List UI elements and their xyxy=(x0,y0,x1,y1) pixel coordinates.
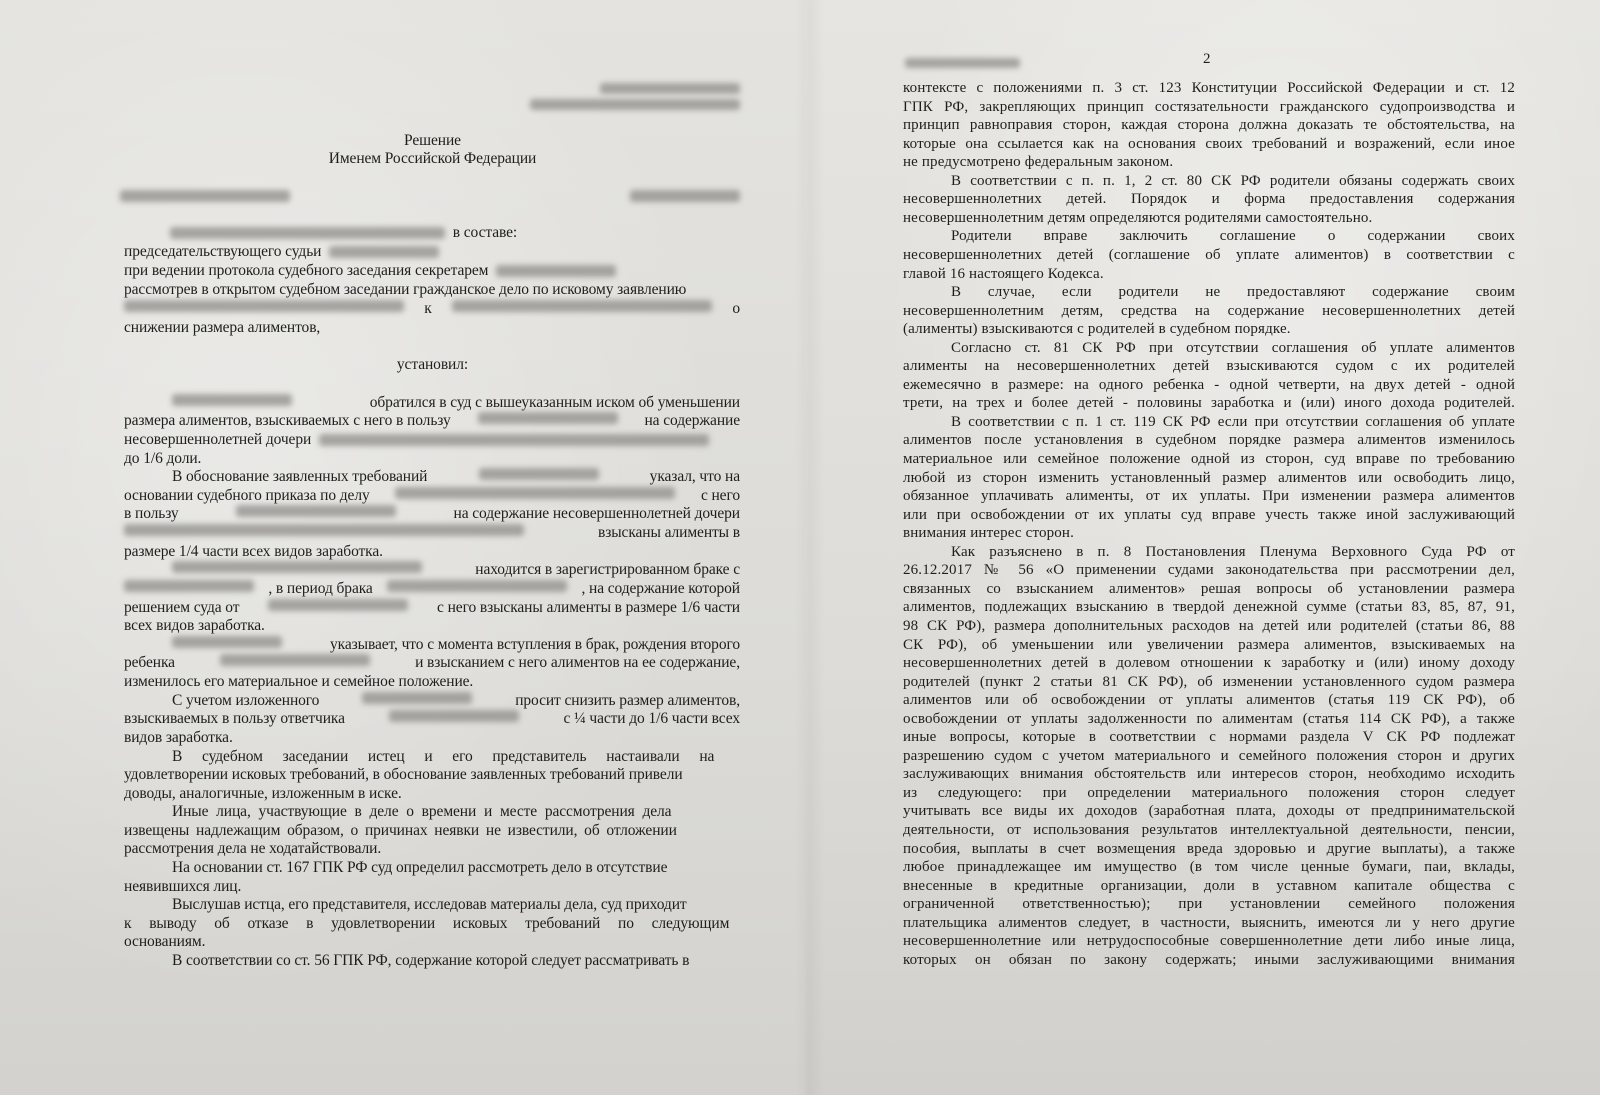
paragraph-line: внесенные в кредитные организации, доли … xyxy=(903,877,1515,895)
redacted-city xyxy=(630,190,740,202)
redacted-date xyxy=(268,599,408,611)
paragraph-line: рассмотрения дела не ходатайствовали. xyxy=(124,840,381,858)
paragraph-line: трети, на трех и более детей - половины … xyxy=(903,394,1515,412)
paragraph-line: до 1/6 доли. xyxy=(124,450,201,468)
paragraph-line: не предусмотрено федеральным законом. xyxy=(903,153,1173,171)
paragraph-line: любой из сторон изменить установленный р… xyxy=(903,469,1515,487)
paragraph-line: в пользу на содержание несовершеннолетне… xyxy=(124,505,740,523)
paragraph-line: взыскиваемых в пользу ответчика с ¼ част… xyxy=(124,710,740,728)
document-title: Решение xyxy=(120,132,745,150)
paragraph-line: обязанное уплачивать алименты, от их упл… xyxy=(903,487,1515,505)
paragraph-line: деятельности, от использования результат… xyxy=(903,821,1515,839)
paragraph-line: размера алиментов, взыскиваемых с него в… xyxy=(124,412,740,430)
redacted-child-name xyxy=(124,524,524,536)
paragraph-line: Как разъяснено в п. 8 Постановления Плен… xyxy=(951,543,1515,561)
paragraph-line: алиментов, подлежащих взысканию в твердо… xyxy=(903,598,1515,616)
paragraph-line: которые она ссылается как на основания с… xyxy=(903,135,1515,153)
redacted-child-name xyxy=(319,434,709,446)
paragraph-line: решением суда от с него взысканы алимент… xyxy=(124,599,740,617)
paragraph-line: заслуживающих внимания обстоятельств или… xyxy=(903,765,1515,783)
paragraph-line: из следующего: при определении материаль… xyxy=(903,784,1515,802)
subject-line: снижении размера алиментов, xyxy=(124,319,320,337)
section-heading-established: установил: xyxy=(120,356,745,374)
paragraph-line: неявившихся лиц. xyxy=(124,878,241,896)
redacted-name xyxy=(478,412,618,424)
paragraph-line: В соответствии с п. 1 ст. 119 СК РФ если… xyxy=(951,413,1515,431)
paragraph-line: ограниченной ответственностью); при уста… xyxy=(903,895,1515,913)
paragraph-line: указывает, что с момента вступления в бр… xyxy=(172,636,740,654)
paragraph-line: Родители вправе заключить соглашение о с… xyxy=(951,227,1515,245)
paragraph-line: Выслушав истца, его представителя, иссле… xyxy=(172,896,687,914)
paragraph-line: В обоснование заявленных требований указ… xyxy=(172,468,740,486)
paragraph-line: основаниям. xyxy=(124,933,205,951)
paragraph-line: ребенка и взысканием с него алиментов на… xyxy=(124,654,740,672)
paragraph-line: несовершеннолетних детей в долевом отнош… xyxy=(903,654,1515,672)
paragraph-line: родителей (пункт 2 статьи 81 СК РФ), об … xyxy=(903,673,1515,691)
paragraph-line: ГПК РФ, закрепляющих принцип состязатель… xyxy=(903,98,1515,116)
paragraph-line: любое принадлежащее им имущество (в том … xyxy=(903,858,1515,876)
judge-line: председательствующего судьи xyxy=(124,243,443,261)
paragraph-line: разрешению судом с учетом материального … xyxy=(903,747,1515,765)
redacted-name xyxy=(236,505,396,517)
paragraph-line: внимания интерес сторон. xyxy=(903,524,1074,542)
paragraph-line: связанных со взысканием алиментов» решая… xyxy=(903,580,1515,598)
redacted-name xyxy=(389,710,519,722)
paragraph-line: ежемесячно в размере: на одного ребенка … xyxy=(903,376,1515,394)
paragraph-line: плательщика алиментов следует, в частнос… xyxy=(903,914,1515,932)
redacted-name xyxy=(479,468,599,480)
redacted-judge-name xyxy=(329,246,439,258)
paragraph-line: удовлетворении исковых требований, в обо… xyxy=(124,766,683,784)
paragraph-line: алиментов или об освобождении от уплаты … xyxy=(903,691,1515,709)
redacted-child-birth xyxy=(387,580,567,592)
court-line: в составе: xyxy=(170,224,517,242)
paragraph-line: взысканы алименты в xyxy=(124,524,740,542)
paragraph-line: алиментов после установления в судебном … xyxy=(903,431,1515,449)
paragraph-line: несовершеннолетних детей (соглашение об … xyxy=(903,246,1515,264)
paragraph-line: В случае, если родители не предоставляют… xyxy=(951,283,1515,301)
paragraph-line: освобождении от уплаты задолженности по … xyxy=(903,710,1515,728)
paragraph-line: В судебном заседании истец и его предста… xyxy=(172,748,740,766)
paragraph-line: несовершеннолетним детям определяются ро… xyxy=(903,209,1372,227)
page-number: 2 xyxy=(1203,51,1211,68)
redacted-case-id xyxy=(530,99,740,110)
paragraph-line: С учетом изложенного просит снизить разм… xyxy=(172,692,740,710)
secretary-line: при ведении протокола судебного заседани… xyxy=(124,262,620,280)
paragraph-line: всех видов заработка. xyxy=(124,617,265,635)
paragraph-line: извещены надлежащим образом, о причинах … xyxy=(124,822,677,840)
paragraph-line: которых он обязан по закону содержать; и… xyxy=(903,951,1515,969)
paragraph-line: несовершеннолетние или нетрудоспособные … xyxy=(903,932,1515,950)
paragraph-line: иные вопросы, которые в соответствии с н… xyxy=(903,728,1515,746)
redacted-plaintiff xyxy=(124,300,404,312)
paragraph-line: обратился в суд с вышеуказанным иском об… xyxy=(172,394,740,412)
paragraph-line: В соответствии с п. п. 1, 2 ст. 80 СК РФ… xyxy=(951,172,1515,190)
paragraph-line: В соответствии со ст. 56 ГПК РФ, содержа… xyxy=(172,952,689,970)
paragraph-line: пособия, выплаты в счет возмещения вреда… xyxy=(903,840,1515,858)
paragraph-line: Иные лица, участвующие в деле о времени … xyxy=(172,803,671,821)
redacted-spouse-name xyxy=(124,580,254,592)
paragraph-line: 26.12.2017 № 56 «О применении судами зак… xyxy=(903,561,1515,579)
redacted-name xyxy=(172,394,292,406)
paragraph-line: алименты на несовершеннолетних детей взы… xyxy=(903,357,1515,375)
redacted-name xyxy=(362,692,472,704)
paragraph-line: к выводу об отказе в удовлетворении иско… xyxy=(124,915,729,933)
page-gutter xyxy=(795,0,825,1095)
redacted-case-number xyxy=(600,83,740,94)
document-subtitle: Именем Российской Федерации xyxy=(120,150,745,168)
paragraph-line: контексте с положениями п. 3 ст. 123 Кон… xyxy=(903,79,1515,97)
redacted-date xyxy=(120,190,290,202)
redacted-case-ref xyxy=(395,487,675,499)
considering-line: рассмотрев в открытом судебном заседании… xyxy=(124,281,686,299)
redacted-case-number xyxy=(905,58,1020,68)
redacted-child-name xyxy=(220,654,370,666)
paragraph-line: размере 1/4 части всех видов заработка. xyxy=(124,543,383,561)
paragraph-line: основании судебного приказа по делу с не… xyxy=(124,487,740,505)
redacted-date-name xyxy=(172,561,422,573)
paragraph-line: учитывать все виды их доходов (заработна… xyxy=(903,802,1515,820)
parties-line: к о xyxy=(124,300,740,318)
paragraph-line: СК РФ), об уменьшении или увеличении раз… xyxy=(903,636,1515,654)
paragraph-line: видов заработка. xyxy=(124,729,233,747)
paragraph-line: На основании ст. 167 ГПК РФ суд определи… xyxy=(172,859,667,877)
redacted-name xyxy=(172,636,282,648)
paragraph-line: , в период брака , на содержание которой xyxy=(124,580,740,598)
redacted-court-name xyxy=(170,227,445,239)
paragraph-line: принцип равноправия сторон, каждая сторо… xyxy=(903,116,1515,134)
paragraph-line: доводы, аналогичные, изложенным в иске. xyxy=(124,785,402,803)
paragraph-line: несовершеннолетних детей. Порядок и форм… xyxy=(903,190,1515,208)
paragraph-line: (алименты) взыскиваются с родителей в су… xyxy=(903,320,1291,338)
paragraph-line: несовершеннолетней дочери xyxy=(124,431,713,449)
paragraph-line: находится в зарегистрированном браке с xyxy=(172,561,740,579)
paragraph-line: главой 16 настоящего Кодекса. xyxy=(903,265,1104,283)
paragraph-line: материальное или семейное положение одно… xyxy=(903,450,1515,468)
redacted-secretary-name xyxy=(496,265,616,277)
paragraph-line: изменилось его материальное и семейное п… xyxy=(124,673,473,691)
redacted-defendant xyxy=(452,300,712,312)
paragraph-line: или при освобождении от их уплаты суд вп… xyxy=(903,506,1515,524)
paragraph-line: 98 СК РФ), размера дополнительных расход… xyxy=(903,617,1515,635)
paragraph-line: несовершеннолетним детям, средства на со… xyxy=(903,302,1515,320)
paragraph-line: Согласно ст. 81 СК РФ при отсутствии сог… xyxy=(951,339,1515,357)
